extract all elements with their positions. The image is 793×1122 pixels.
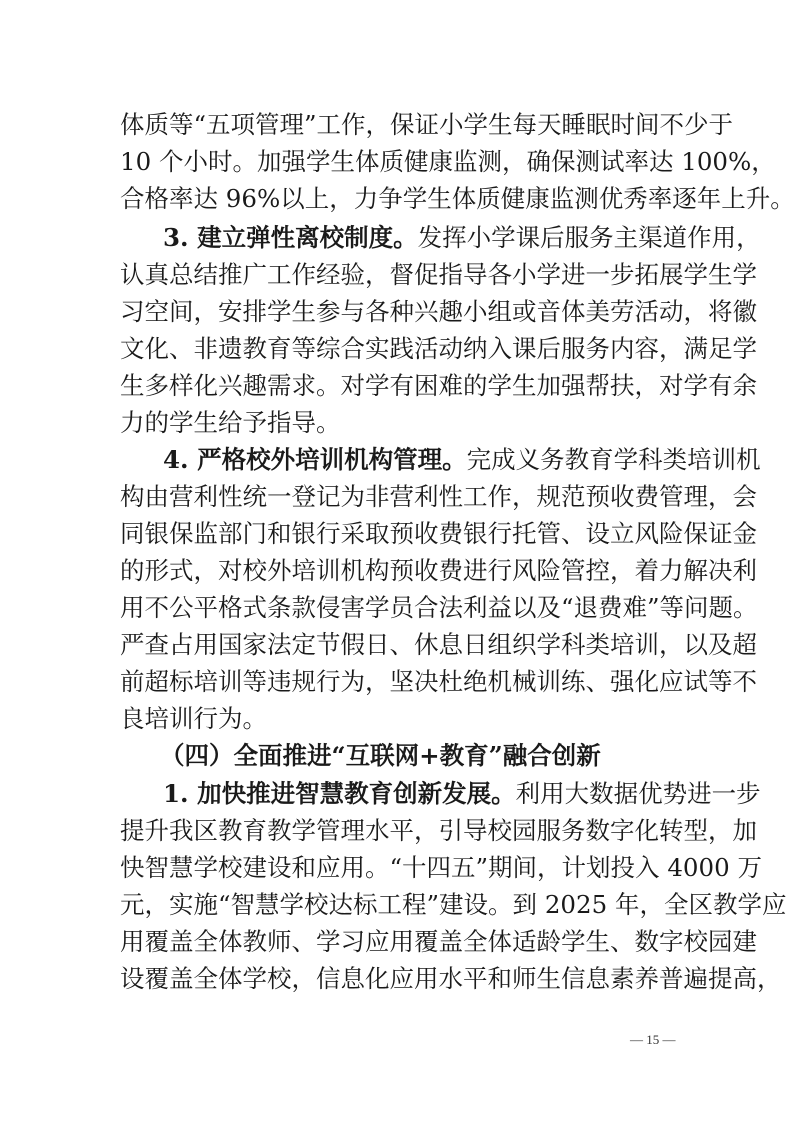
- section-4-1-title: 1. 加快推进智慧教育创新发展。: [163, 779, 516, 808]
- section-4-1-text: 利用大数据优势进一步: [516, 779, 761, 808]
- paragraph-line: 设覆盖全体学校，信息化应用水平和师生信息素养普遍提高，: [120, 960, 680, 998]
- paragraph-line: 10 个小时。加强学生体质健康监测，确保测试率达 100%，: [120, 143, 680, 181]
- paragraph-line: 同银保监部门和银行采取预收费银行托管、设立风险保证金: [120, 515, 680, 553]
- paragraph-line: 良培训行为。: [120, 700, 680, 738]
- paragraph-line: 认真总结推广工作经验，督促指导各小学进一步拓展学生学: [120, 256, 680, 294]
- paragraph-line: 合格率达 96%以上，力争学生体质健康监测优秀率逐年上升。: [120, 180, 680, 218]
- paragraph-line: 用不公平格式条款侵害学员合法利益以及“退费难”等问题。: [120, 589, 680, 627]
- paragraph-line: 提升我区教育教学管理水平，引导校园服务数字化转型，加: [120, 812, 680, 850]
- paragraph-line: 体质等“五项管理”工作，保证小学生每天睡眠时间不少于: [120, 106, 680, 144]
- section-4-first-line: 4. 严格校外培训机构管理。完成义务教育学科类培训机: [163, 441, 680, 479]
- paragraph-line: 前超标培训等违规行为，坚决杜绝机械训练、强化应试等不: [120, 663, 680, 701]
- paragraph-line: 元，实施“智慧学校达标工程”建设。到 2025 年，全区教学应: [120, 886, 680, 924]
- section-4-1-first-line: 1. 加快推进智慧教育创新发展。利用大数据优势进一步: [163, 775, 680, 813]
- document-page: 体质等“五项管理”工作，保证小学生每天睡眠时间不少于 10 个小时。加强学生体质…: [0, 0, 793, 1122]
- paragraph-line: 文化、非遗教育等综合实践活动纳入课后服务内容，满足学: [120, 330, 680, 368]
- section-4-title: 4. 严格校外培训机构管理。: [163, 445, 467, 474]
- section-4-text: 完成义务教育学科类培训机: [467, 445, 761, 474]
- paragraph-line: 构由营利性统一登记为非营利性工作，规范预收费管理，会: [120, 478, 680, 516]
- paragraph-line: 生多样化兴趣需求。对学有困难的学生加强帮扶，对学有余: [120, 367, 680, 405]
- page-number: — 15 —: [630, 1032, 676, 1048]
- section-3-first-line: 3. 建立弹性离校制度。发挥小学课后服务主渠道作用，: [163, 219, 680, 257]
- paragraph-line: 习空间，安排学生参与各种兴趣小组或音体美劳活动，将徽: [120, 293, 680, 331]
- paragraph-line: 严查占用国家法定节假日、休息日组织学科类培训，以及超: [120, 626, 680, 664]
- paragraph-line: 的形式，对校外培训机构预收费进行风险管控，着力解决利: [120, 552, 680, 590]
- paragraph-line: 用覆盖全体教师、学习应用覆盖全体适龄学生、数字校园建: [120, 923, 680, 961]
- section-heading: （四）全面推进“互联网+教育”融合创新: [160, 737, 601, 775]
- section-3-title: 3. 建立弹性离校制度。: [163, 223, 418, 252]
- section-3-text: 发挥小学课后服务主渠道作用，: [418, 223, 761, 252]
- paragraph-line: 力的学生给予指导。: [120, 404, 680, 442]
- paragraph-line: 快智慧学校建设和应用。“十四五”期间，计划投入 4000 万: [120, 849, 680, 887]
